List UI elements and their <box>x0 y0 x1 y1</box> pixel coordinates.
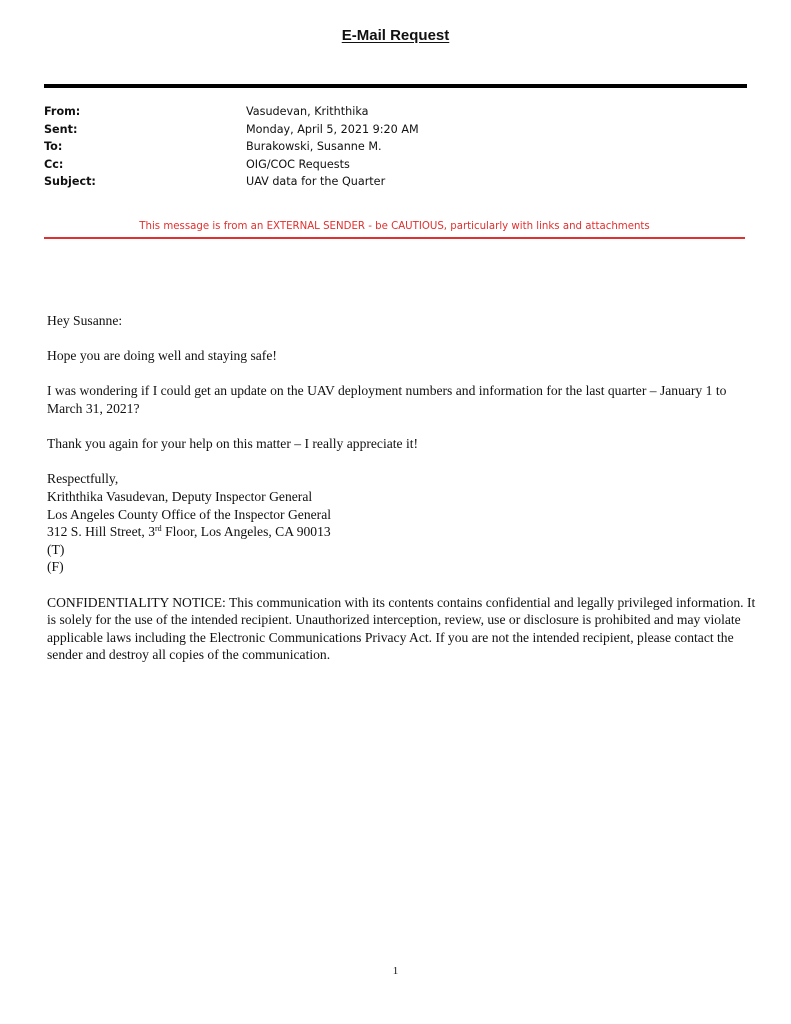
header-row-sent: Sent: Monday, April 5, 2021 9:20 AM <box>44 121 419 139</box>
from-value: Vasudevan, Kriththika <box>246 103 368 121</box>
to-label: To: <box>44 138 246 156</box>
subject-value: UAV data for the Quarter <box>246 173 385 191</box>
signature-block: Respectfully, Kriththika Vasudevan, Depu… <box>47 470 757 576</box>
body-paragraph: Hope you are doing well and staying safe… <box>47 347 757 365</box>
signature-address: 312 S. Hill Street, 3rd Floor, Los Angel… <box>47 523 757 541</box>
signature-phone: (T) <box>47 541 757 559</box>
header-divider <box>44 84 747 88</box>
greeting: Hey Susanne: <box>47 312 757 330</box>
header-row-subject: Subject: UAV data for the Quarter <box>44 173 419 191</box>
header-row-from: From: Vasudevan, Kriththika <box>44 103 419 121</box>
signature-office: Los Angeles County Office of the Inspect… <box>47 506 757 524</box>
body-paragraph: I was wondering if I could get an update… <box>47 382 757 417</box>
email-body: Hey Susanne: Hope you are doing well and… <box>47 312 757 681</box>
external-sender-warning: This message is from an EXTERNAL SENDER … <box>44 221 745 232</box>
signature-fax: (F) <box>47 558 757 576</box>
header-row-to: To: Burakowski, Susanne M. <box>44 138 419 156</box>
confidentiality-notice: CONFIDENTIALITY NOTICE: This communicati… <box>47 594 757 664</box>
email-header: From: Vasudevan, Kriththika Sent: Monday… <box>44 103 419 191</box>
document-title: E-Mail Request <box>0 27 791 44</box>
body-paragraph: Thank you again for your help on this ma… <box>47 435 757 453</box>
cc-value: OIG/COC Requests <box>246 156 350 174</box>
sent-value: Monday, April 5, 2021 9:20 AM <box>246 121 419 139</box>
subject-label: Subject: <box>44 173 246 191</box>
sent-label: Sent: <box>44 121 246 139</box>
header-row-cc: Cc: OIG/COC Requests <box>44 156 419 174</box>
page-number: 1 <box>0 965 791 977</box>
cc-label: Cc: <box>44 156 246 174</box>
warning-divider <box>44 237 745 239</box>
to-value: Burakowski, Susanne M. <box>246 138 382 156</box>
from-label: From: <box>44 103 246 121</box>
signature-name-title: Kriththika Vasudevan, Deputy Inspector G… <box>47 488 757 506</box>
signature-closing: Respectfully, <box>47 470 757 488</box>
